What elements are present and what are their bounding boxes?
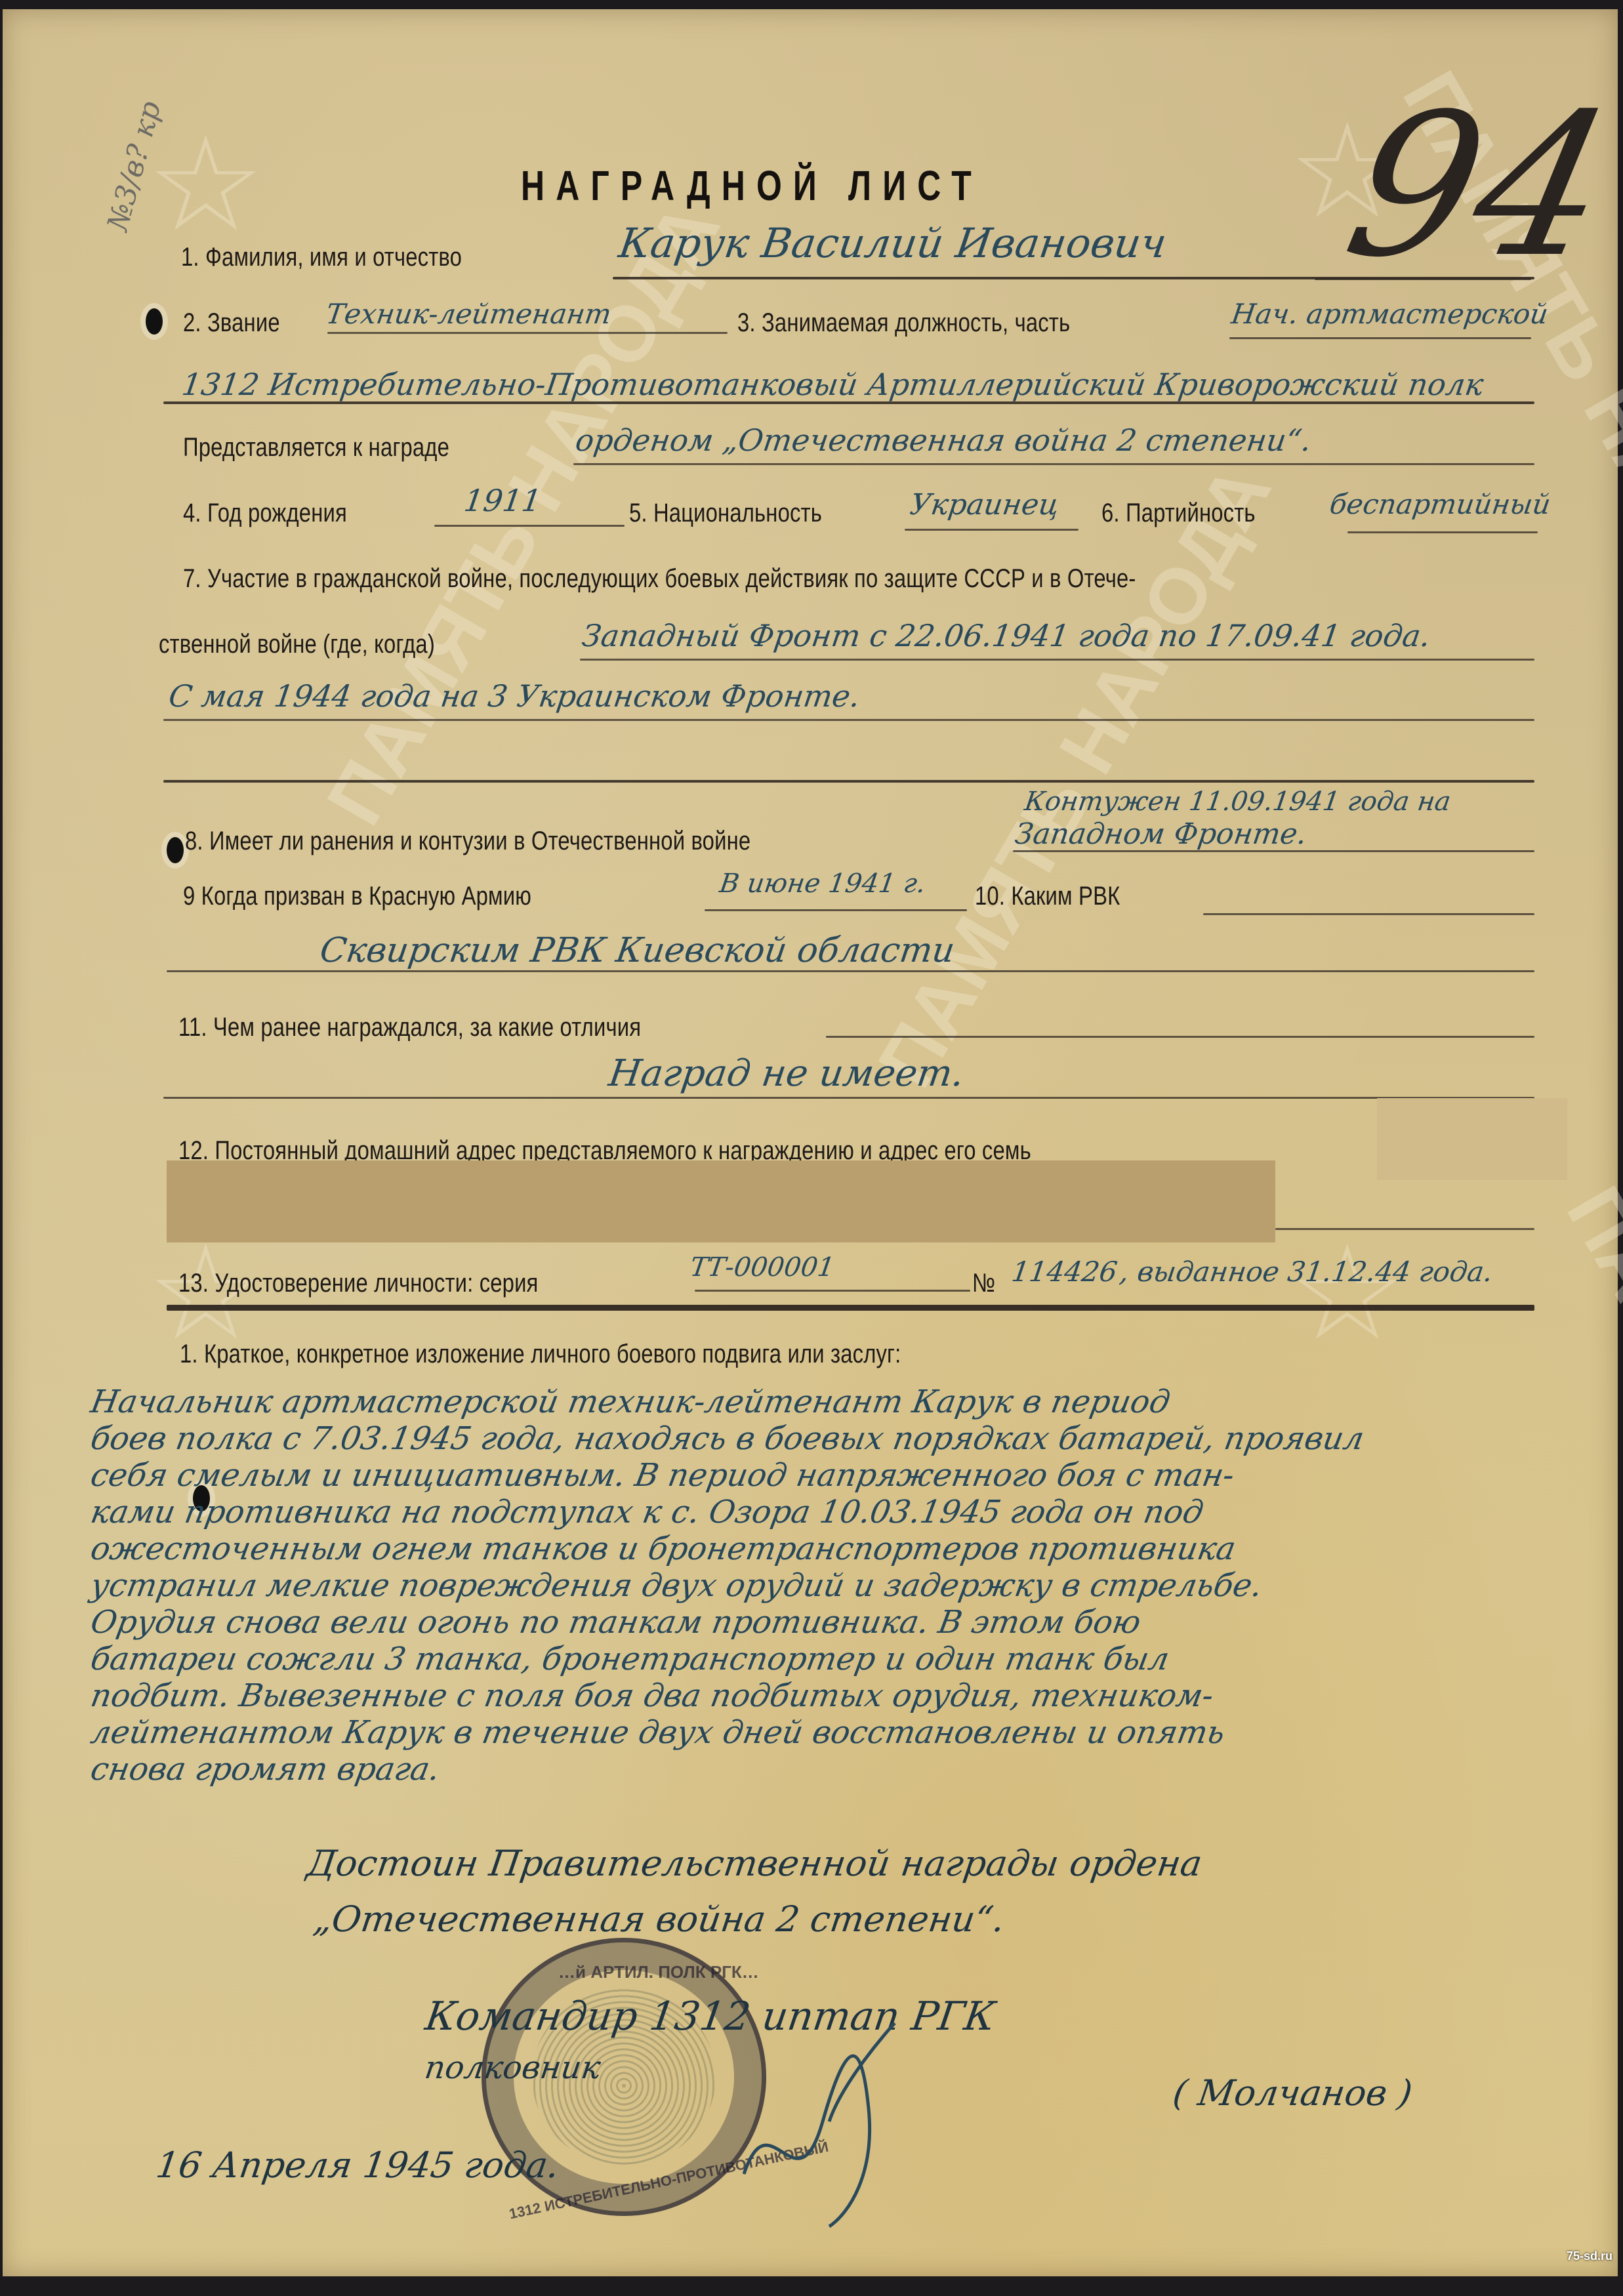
stamp-text-top: …й АРТИЛ. ПОЛК РГК… — [558, 1962, 759, 1982]
field-13-issued: , выданное 31.12.44 года. — [1118, 1256, 1495, 1288]
field-7-value-line1: Западный Фронт с 22.06.1941 года по 17.0… — [580, 618, 1433, 653]
narrative-line: Начальник артмастерской техник-лейтенант… — [88, 1384, 1597, 1420]
signer-role-line2: полковник — [422, 2049, 603, 2086]
section-divider — [167, 1305, 1534, 1311]
field-1-value: Карук Василий Иванович — [616, 219, 1170, 267]
narrative-line: подбит. Вывезенные с поля боя два подбит… — [88, 1677, 1597, 1714]
field-7-line1 — [580, 659, 1534, 661]
field-3-line — [1229, 337, 1531, 339]
field-5-value: Украинец — [908, 488, 1061, 522]
field-7-label-line1: 7. Участие в гражданской войне, последую… — [183, 564, 1136, 594]
field-10-label: 10. Каким РВК — [975, 882, 1120, 911]
field-5-line — [905, 529, 1079, 531]
signer-role-line1: Командир 1312 иптап РГК — [422, 1994, 998, 2040]
field-13-series: ТТ-000001 — [688, 1252, 836, 1282]
field-1-label: 1. Фамилия, имя и отчество — [181, 243, 462, 272]
conclusion-line1: Достоин Правительственной награды ордена — [304, 1843, 1204, 1884]
field-5-label: 5. Национальность — [629, 499, 822, 528]
signature-scribble-icon — [731, 2017, 901, 2233]
narrative-line: ожесточенным огнем танков и бронетранспо… — [88, 1530, 1597, 1567]
field-13-label: 13. Удостоверение личности: серия — [178, 1269, 538, 1298]
award-label: Представляется к награде — [183, 433, 449, 462]
field-7-line3 — [163, 780, 1534, 783]
field-3-line2 — [163, 401, 1534, 404]
field-3-value-line2: 1312 Истребительно-Противотанковый Артил… — [180, 367, 1486, 402]
narrative-line: боев полка с 7.03.1945 года, находясь в … — [88, 1420, 1597, 1457]
narrative-line: снова громят врага. — [88, 1751, 1597, 1788]
field-11-value: Наград не имеет. — [606, 1052, 967, 1095]
field-4-line — [434, 525, 625, 527]
field-4-value: 1911 — [462, 483, 544, 518]
field-11-line — [826, 1036, 1534, 1038]
watermark-star-icon: ☆ — [1288, 1229, 1406, 1361]
field-13-number-label: № — [972, 1269, 995, 1298]
redaction-block — [1377, 1098, 1567, 1180]
field-6-value: беспартийный — [1328, 488, 1553, 520]
award-line — [573, 463, 1534, 465]
document-title: НАГРАДНОЙ ЛИСТ — [521, 161, 983, 210]
field-10-line2 — [167, 970, 1534, 972]
field-10-line — [1203, 913, 1534, 915]
field-8-line — [1013, 850, 1534, 852]
narrative-line: устранил мелкие повреждения двух орудий … — [88, 1567, 1597, 1604]
field-11-line2 — [163, 1097, 1534, 1099]
narrative-line: себя смелым и инициативным. В период нап… — [88, 1457, 1597, 1494]
punch-hole-icon — [146, 308, 163, 335]
signer-name: ( Молчанов ) — [1170, 2072, 1415, 2114]
field-9-line — [705, 909, 967, 911]
narrative-line: ками противника на подступах к с. Озора … — [88, 1494, 1597, 1530]
field-13-series-line — [695, 1290, 970, 1292]
field-8-value: Западном Фронте. — [1013, 817, 1309, 851]
field-10-value: Сквирским РВК Киевской области — [318, 931, 957, 970]
watermark-star-icon: ☆ — [147, 121, 264, 252]
sheet-number: 94 — [1333, 88, 1623, 285]
field-12-line — [1275, 1228, 1534, 1230]
field-9-label: 9 Когда призван в Красную Армию — [183, 882, 531, 911]
field-7-value-line2: С мая 1944 года на 3 Украинском Фронте. — [167, 678, 862, 714]
narrative-line: лейтенантом Карук в течение двух дней во… — [88, 1714, 1597, 1751]
field-8-value-above: Контужен 11.09.1941 года на — [1023, 787, 1452, 817]
field-8-label: 8. Имеет ли ранения и контузии в Отечест… — [185, 827, 750, 856]
field-13-number: 114426 — [1010, 1256, 1119, 1288]
scan-edge — [0, 2276, 1623, 2296]
field-2-line — [327, 332, 728, 334]
field-7-line2 — [163, 719, 1534, 721]
field-2-label: 2. Звание — [183, 308, 280, 338]
field-6-label: 6. Партийность — [1101, 499, 1256, 528]
punch-hole-icon — [167, 837, 184, 863]
field-3-label: 3. Занимаемая должность, часть — [737, 308, 1070, 338]
award-value: орденом „Отечественная война 2 степени“. — [573, 422, 1313, 458]
narrative-text: Начальник артмастерской техник-лейтенант… — [88, 1384, 1590, 1788]
watermark-text: ПАМЯТЬ НАРОДА — [860, 450, 1288, 1102]
field-1-line — [613, 277, 1534, 279]
field-11-label: 11. Чем ранее награждался, за какие отли… — [178, 1013, 641, 1042]
award-sheet-page: ☆ ☆ ☆ ☆ ПАМЯТЬ НАРОДА ПАМЯТЬ НАРОДА ПАМЯ… — [3, 9, 1618, 2276]
field-2-value: Техник-лейтенант — [324, 298, 613, 330]
field-4-label: 4. Год рождения — [183, 499, 347, 528]
narrative-line: Орудия снова вели огонь по танкам против… — [88, 1604, 1597, 1641]
field-3-value: Нач. артмастерской — [1229, 298, 1550, 330]
redaction-block — [167, 1160, 1275, 1242]
field-7-label-line2: ственной войне (где, когда) — [159, 630, 435, 659]
narrative-line: батареи сожгли 3 танка, бронетранспортер… — [88, 1641, 1597, 1677]
narrative-label: 1. Краткое, конкретное изложение личного… — [180, 1340, 901, 1369]
conclusion-line2: „Отечественная война 2 степени“. — [311, 1898, 1007, 1940]
site-watermark: 75-sd.ru — [1567, 2249, 1613, 2263]
signature-date: 16 Апреля 1945 года. — [154, 2144, 562, 2186]
field-9-value: В июне 1941 г. — [718, 869, 928, 899]
field-6-line — [1347, 531, 1538, 533]
